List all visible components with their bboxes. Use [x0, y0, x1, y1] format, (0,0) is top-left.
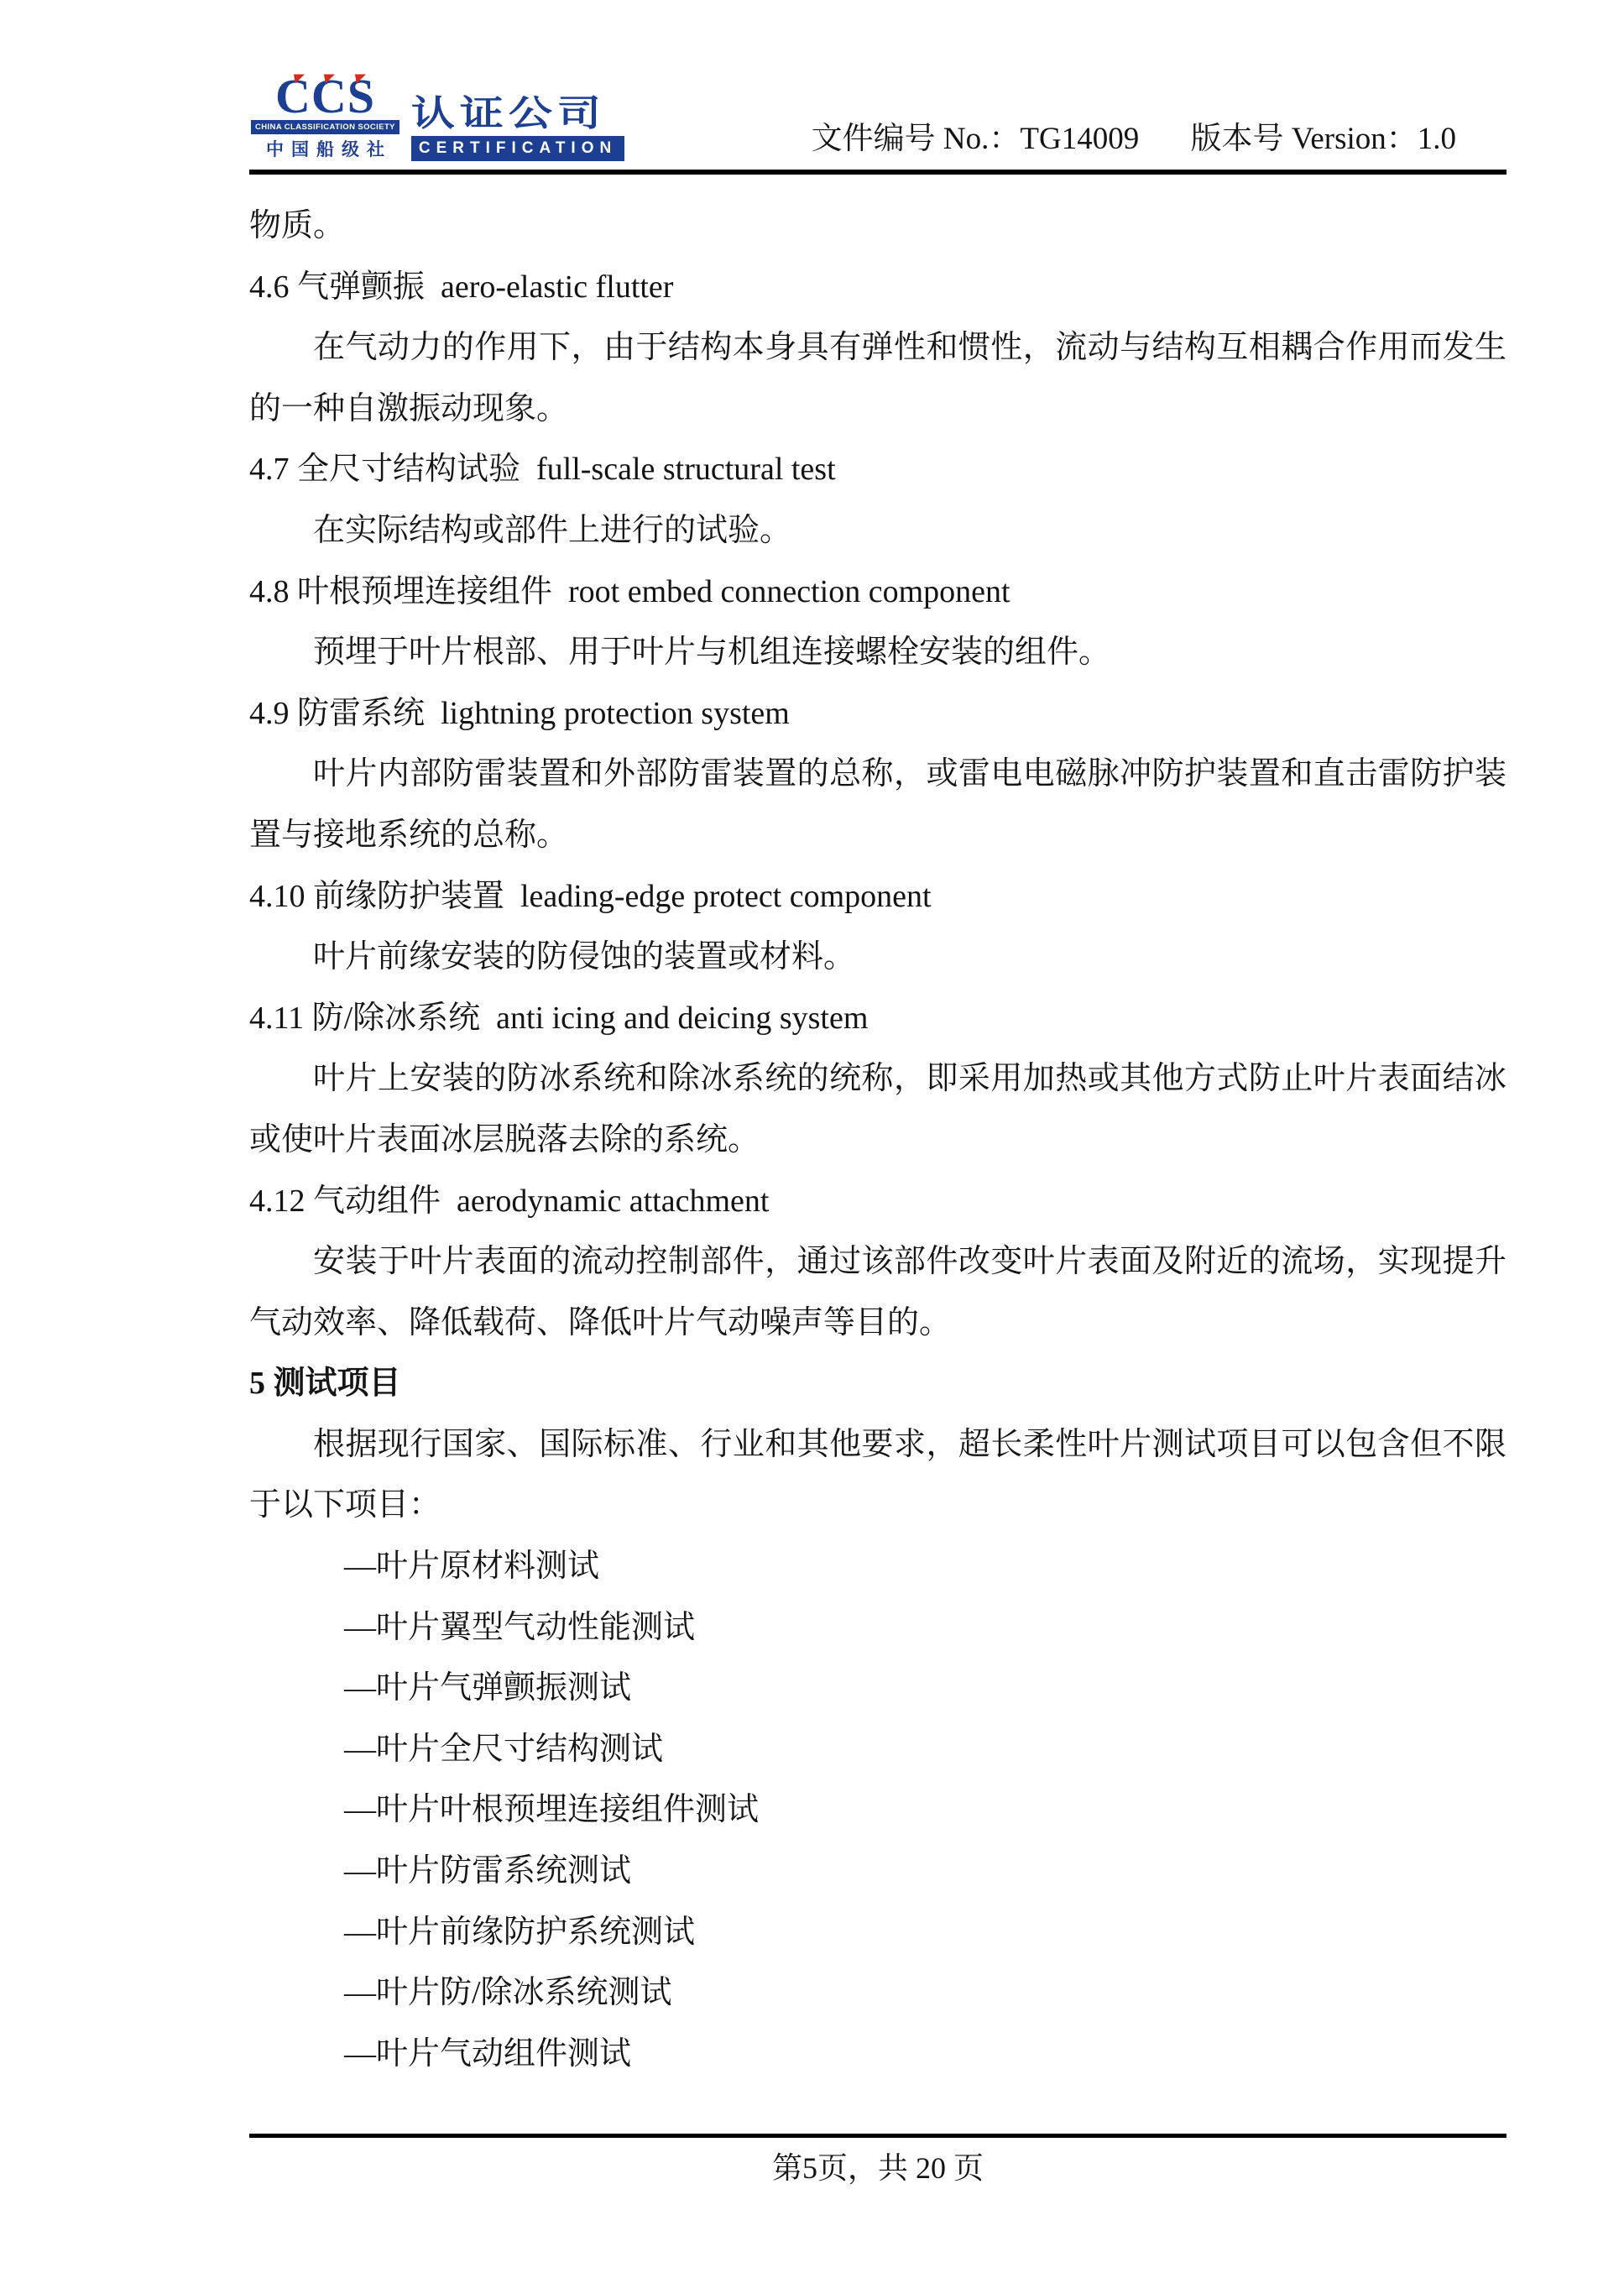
certification-banner: CERTIFICATION	[411, 136, 624, 161]
document-number: 文件编号 No.：TG14009	[812, 122, 1140, 156]
definition-4-6: 在气动力的作用下，由于结构本身具有弹性和惯性，流动与结构互相耦合作用而发生的一种…	[249, 317, 1507, 439]
term-heading-4-9: 4.9 防雷系统 lightning protection system	[249, 683, 1507, 745]
document-page: CCS CHINA CLASSIFICATION SOCIETY 中国船级社 认…	[0, 0, 1624, 2278]
definition-4-9: 叶片内部防雷装置和外部防雷装置的总称，或雷电电磁脉冲防护装置和直击雷防护装置与接…	[249, 744, 1507, 865]
term-heading-4-6: 4.6 气弹颤振 aero-elastic flutter	[249, 257, 1507, 318]
page-footer: 第5页，共 20 页	[249, 2134, 1507, 2187]
document-version: 版本号 Version：1.0	[1190, 122, 1456, 156]
ccs-logo-right: 认证公司 CERTIFICATION	[411, 88, 624, 161]
test-item: —叶片全尺寸结构测试	[249, 1719, 1507, 1780]
definition-4-12: 安装于叶片表面的流动控制部件，通过该部件改变叶片表面及附近的流场，实现提升气动效…	[249, 1231, 1507, 1353]
term-heading-4-11: 4.11 防/除冰系统 anti icing and deicing syste…	[249, 988, 1507, 1049]
ccs-logo: CCS CHINA CLASSIFICATION SOCIETY 中国船级社 认…	[251, 76, 624, 161]
section-5-intro: 根据现行国家、国际标准、行业和其他要求，超长柔性叶片测试项目可以包含但不限于以下…	[249, 1414, 1507, 1536]
document-body: 物质。 4.6 气弹颤振 aero-elastic flutter 在气动力的作…	[249, 196, 1507, 2084]
definition-4-7: 在实际结构或部件上进行的试验。	[249, 500, 1507, 562]
ccs-logo-left: CCS CHINA CLASSIFICATION SOCIETY 中国船级社	[251, 76, 399, 161]
test-item: —叶片原材料测试	[249, 1536, 1507, 1597]
page-header: CCS CHINA CLASSIFICATION SOCIETY 中国船级社 认…	[249, 67, 1507, 175]
test-item: —叶片气弹颤振测试	[249, 1658, 1507, 1719]
test-item: —叶片翼型气动性能测试	[249, 1597, 1507, 1659]
test-item: —叶片叶根预埋连接组件测试	[249, 1779, 1507, 1841]
section-heading-5: 5 测试项目	[249, 1353, 1507, 1414]
definition-4-11: 叶片上安装的防冰系统和除冰系统的统称，即采用加热或其他方式防止叶片表面结冰或使叶…	[249, 1048, 1507, 1170]
term-heading-4-7: 4.7 全尺寸结构试验 full-scale structural test	[249, 439, 1507, 500]
document-meta: 文件编号 No.：TG14009 版本号 Version：1.0	[812, 112, 1456, 158]
paragraph-continuation: 物质。	[249, 196, 1507, 257]
society-cn-label: 中国船级社	[258, 136, 392, 161]
ccs-wordmark: CCS	[275, 76, 375, 117]
test-item: —叶片防雷系统测试	[249, 1841, 1507, 1902]
definition-4-8: 预埋于叶片根部、用于叶片与机组连接螺栓安装的组件。	[249, 622, 1507, 683]
term-heading-4-12: 4.12 气动组件 aerodynamic attachment	[249, 1171, 1507, 1232]
term-heading-4-8: 4.8 叶根预埋连接组件 root embed connection compo…	[249, 562, 1507, 623]
test-item: —叶片气动组件测试	[249, 2024, 1507, 2085]
term-heading-4-10: 4.10 前缘防护装置 leading-edge protect compone…	[249, 866, 1507, 927]
company-cn-wordmark: 认证公司	[411, 96, 624, 132]
page-number: 第5页，共 20 页	[249, 2145, 1507, 2187]
test-item: —叶片前缘防护系统测试	[249, 1902, 1507, 1963]
test-item: —叶片防/除冰系统测试	[249, 1962, 1507, 2024]
definition-4-10: 叶片前缘安装的防侵蚀的装置或材料。	[249, 927, 1507, 988]
